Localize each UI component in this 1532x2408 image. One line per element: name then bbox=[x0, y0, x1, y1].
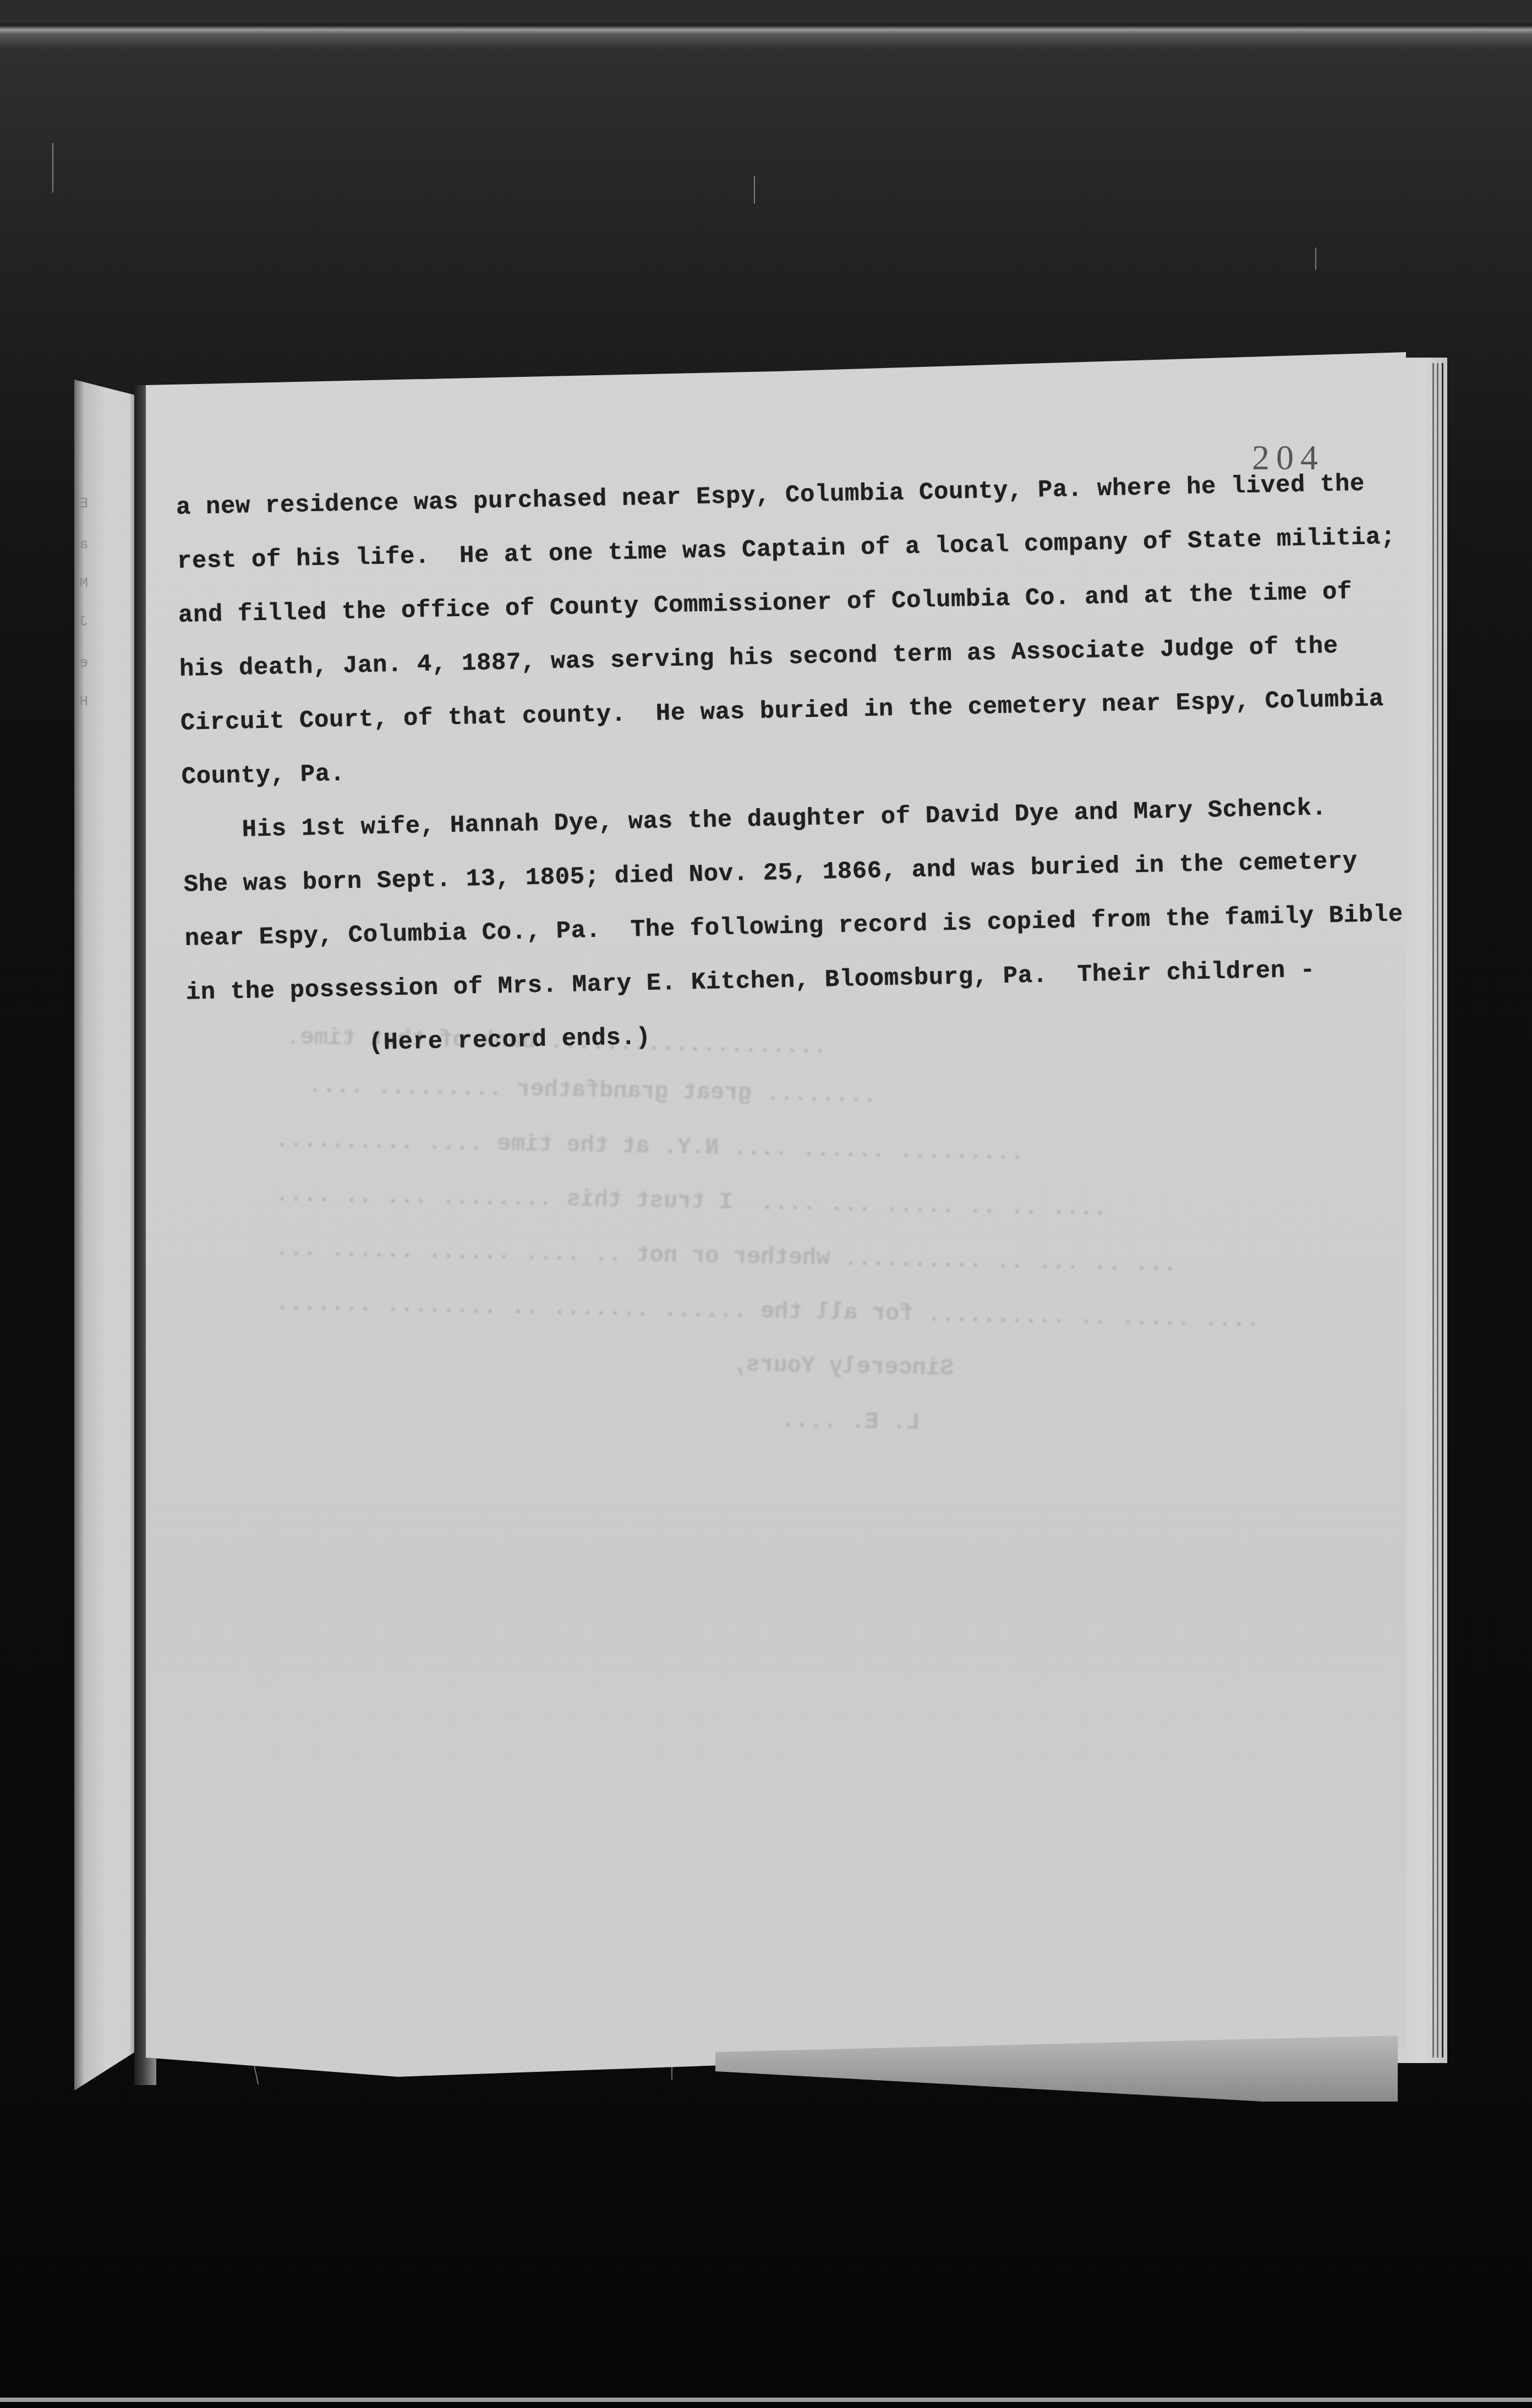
film-scratch bbox=[52, 143, 53, 193]
bleed-through-text: L. E. .... bbox=[781, 1407, 921, 1436]
facing-page-bleed-letter: E bbox=[76, 495, 88, 512]
facing-page-bleed-letter: M bbox=[76, 575, 88, 591]
facing-page-bleed-letter: H bbox=[76, 693, 88, 710]
facing-page-bleed-letter: a bbox=[76, 536, 88, 553]
facing-page-bleed-letter: J bbox=[76, 613, 88, 630]
bleed-through-text: Sincerely Yours, bbox=[732, 1351, 954, 1381]
page-edge-line bbox=[1437, 363, 1438, 2058]
film-scratch bbox=[1315, 248, 1316, 270]
film-scratch bbox=[754, 176, 755, 204]
page-number: 204 bbox=[1252, 437, 1325, 478]
page-edge-line bbox=[1432, 363, 1434, 2058]
film-edge bbox=[0, 2402, 1532, 2408]
text-line: County, Pa. bbox=[181, 760, 345, 791]
film-edge-line bbox=[0, 2398, 1532, 2402]
record-ends-note: (Here record ends.) bbox=[368, 1024, 651, 1057]
facing-page-edge bbox=[74, 380, 135, 2091]
facing-page-bleed-letter: e bbox=[76, 655, 88, 671]
page-edge-line bbox=[1442, 363, 1443, 2058]
